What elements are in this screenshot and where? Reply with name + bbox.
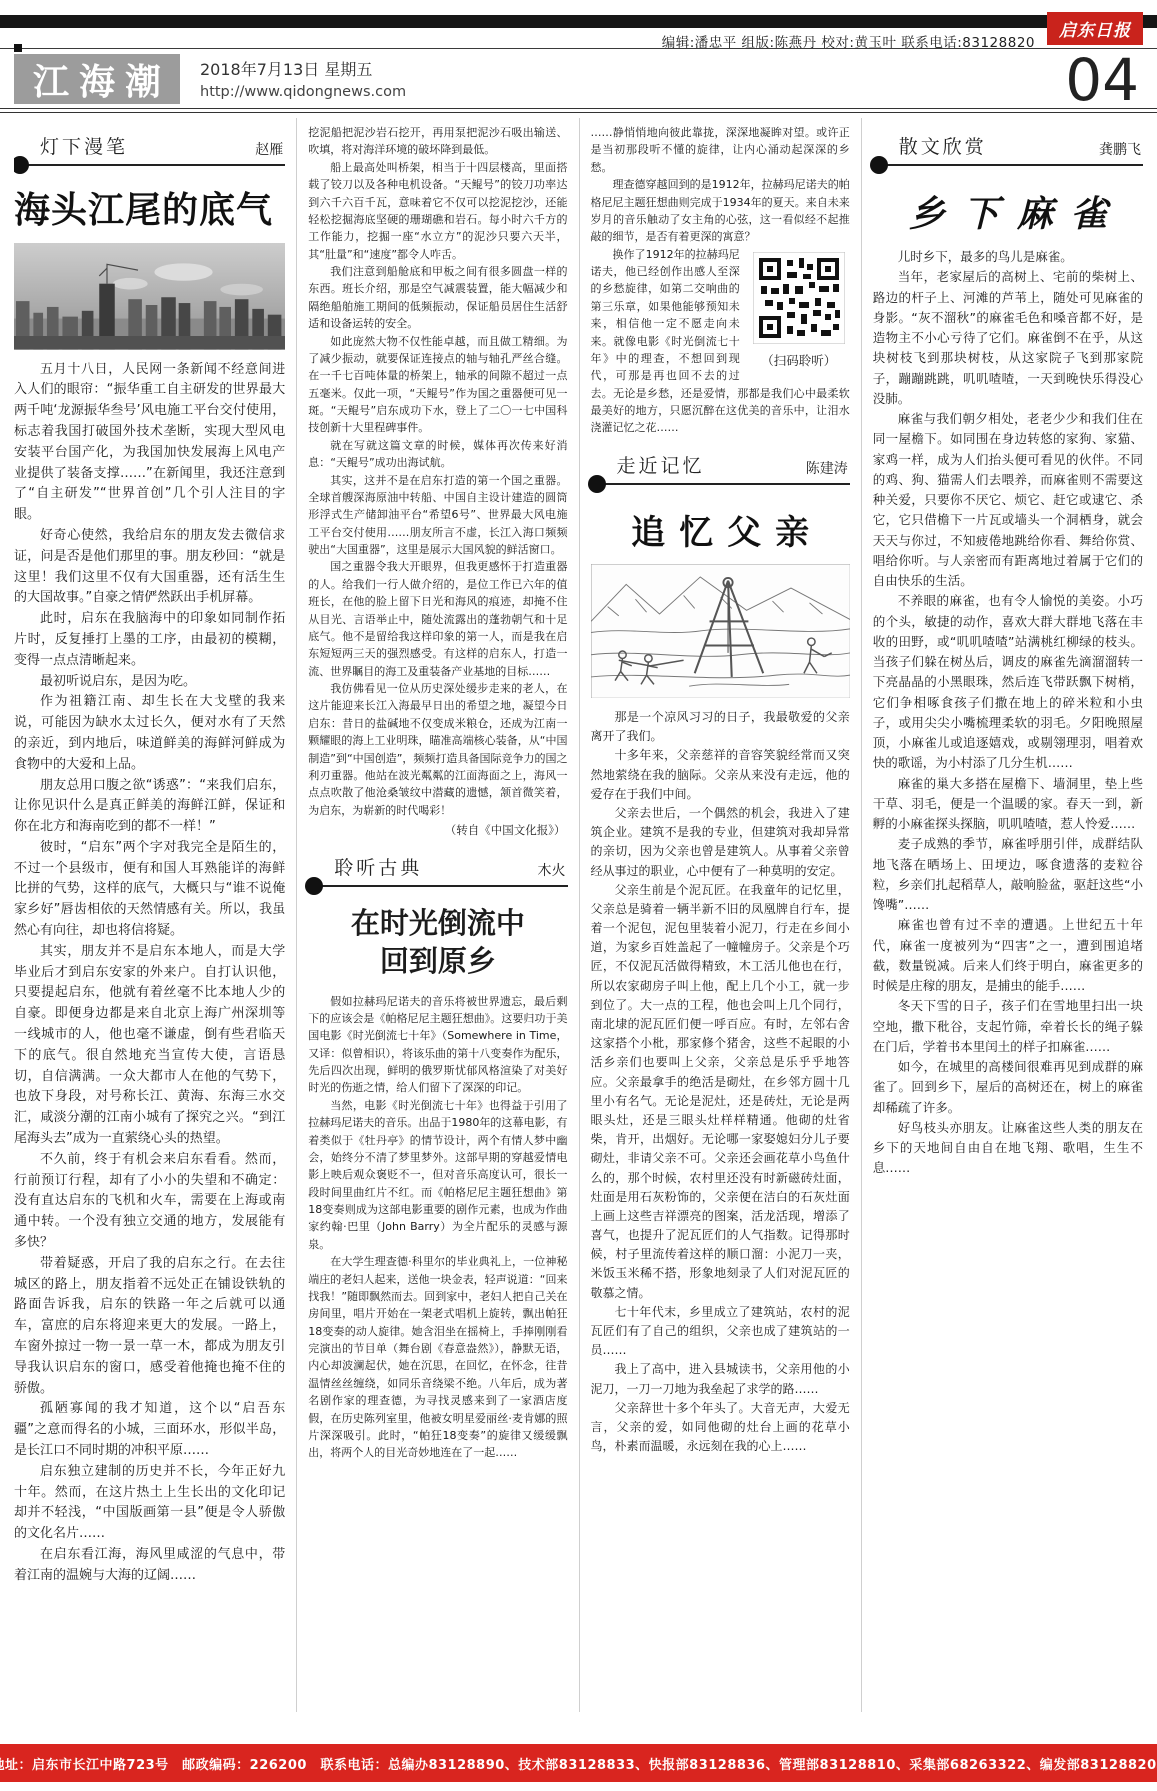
qr-caption: （扫码聆听） xyxy=(748,351,850,371)
paragraph: 国之重器令我大开眼界，但我更感怀于打造重器的人。给我们一行人做介绍的，是位工作已… xyxy=(308,558,567,680)
paragraph: 当然，电影《时光倒流七十年》也得益于引用了拉赫玛尼诺夫的音乐。出品于1980年的… xyxy=(308,1097,567,1253)
section-label: 走近记忆 xyxy=(617,451,705,478)
paragraph: 十多年来，父亲慈祥的音容笑貌经常而又突然地萦绕在我的脑际。父亲从来没有走远，他的… xyxy=(591,746,850,804)
section-dot-icon xyxy=(14,156,29,174)
section-head-lingting: 聆听古典 木火 xyxy=(308,853,567,887)
paragraph: 就在写就这篇文章的时候，媒体再次传来好消息：“天鲲号”成功出海试航。 xyxy=(308,437,567,472)
paragraph: 那是一个凉风习习的日子，我最敬爱的父亲离开了我们。 xyxy=(591,708,850,746)
article-body-essay: 儿时乡下，最多的鸟儿是麻雀。当年，老家屋后的高树上、宅前的柴树上、路边的杆子上、… xyxy=(873,247,1143,1179)
masthead-rule-1 xyxy=(0,108,1157,109)
section-head-dengxia: 灯下漫笔 赵雁 xyxy=(14,132,285,166)
paragraph: 朋友总用口腹之欲“诱惑”：“来我们启东，让你见识什么是真正鲜美的海鲜江鲜，保证和… xyxy=(14,776,285,838)
column-3: ……静悄悄地向彼此靠拢，深深地凝眸对望。或许正是当初那段听不懂的旋律，让内心涌动… xyxy=(579,118,861,1712)
paragraph: 父亲去世后，一个偶然的机会，我进入了建筑企业。建筑不是我的专业，但建筑对我却异常… xyxy=(591,804,850,881)
section-dot-icon xyxy=(305,877,323,895)
paragraph: 其实，朋友并不是启东本地人，而是大学毕业后才到启东安家的外来户。自打认识他，只要… xyxy=(14,942,285,1150)
footer-bar: 启东市新闻信息中心地址：启东市长江中路723号 邮政编码：226200 联系电话… xyxy=(0,1744,1157,1782)
paragraph: 麻雀的巢大多搭在屋檐下、墙洞里，垫上些干草、羽毛，便是一个温暖的家。春天一到，新… xyxy=(873,774,1143,835)
paragraph: 儿时乡下，最多的鸟儿是麻雀。 xyxy=(873,247,1143,267)
byline: 陈建涛 xyxy=(806,458,848,478)
title-line-2: 回到原乡 xyxy=(380,944,496,978)
paragraph: 在大学生理查德·科里尔的毕业典礼上，一位神秘端庄的老妇人起来，送他一块金表，轻声… xyxy=(308,1253,567,1462)
newspaper-page: 编辑:潘忠平 组版:陈燕丹 校对:黄玉叶 联系电话:83128820 启东日报 … xyxy=(0,0,1157,1791)
section-head-zoujin: 走近记忆 陈建涛 xyxy=(591,451,850,485)
section-dot-icon xyxy=(870,156,888,174)
date-block: 2018年7月13日 星期五 http://www.qidongnews.com xyxy=(200,58,406,104)
paragraph: 麻雀与我们朝夕相处，老老少少和我们住在同一屋檐下。如同围在身边转悠的家狗、家猫、… xyxy=(873,409,1143,591)
masthead-rule-2 xyxy=(0,112,1157,113)
qr-code-icon xyxy=(753,252,845,344)
attribution: （转自《中国文化报》） xyxy=(308,821,565,839)
paragraph: 此时，启东在我脑海中的印象如同制作拓片时，反复捶打上墨的工序，由最初的模糊，变得… xyxy=(14,609,285,671)
well-rig-illustration xyxy=(591,564,850,698)
article-body-main-col2: 挖泥船把泥沙岩石挖开，再用泵把泥沙石吸出输送、吹填，将对海洋环境的破坏降到最低。… xyxy=(308,124,567,819)
section-dot-icon xyxy=(588,475,606,493)
photo-graphic xyxy=(14,243,285,350)
website-url: http://www.qidongnews.com xyxy=(200,82,406,104)
paragraph: 在启东看江海，海风里咸涩的气息中，带着江南的温婉与大海的辽阔…… xyxy=(14,1545,285,1587)
paragraph: 父亲辞世十多个年头了。大音无声，大爱无言，父亲的爱，如同他砌的灶台上画的花草小鸟… xyxy=(591,1399,850,1457)
paragraph: 父亲生前是个泥瓦匠。在我童年的记忆里，父亲总是骑着一辆半新不旧的凤凰牌自行车，提… xyxy=(591,881,850,1303)
article-title-memory: 追忆父亲 xyxy=(591,505,850,554)
paragraph: 不养眼的麻雀，也有令人愉悦的美姿。小巧的个头，敏捷的动作，喜欢大群大群地飞落在丰… xyxy=(873,591,1143,773)
section-label: 聆听古典 xyxy=(334,853,422,880)
paragraph: 孤陋寡闻的我才知道，这个以“启吾东疆”之意而得名的小城，三面环水，形似半岛，是长… xyxy=(14,1399,285,1461)
paragraph: 七十年代末，乡里成立了建筑站，农村的泥瓦匠们有了自己的组织，父亲也成了建筑站的一… xyxy=(591,1303,850,1361)
paragraph: 冬天下雪的日子，孩子们在雪地里扫出一块空地，撒下秕谷，支起竹筛，牵着长长的绳子躲… xyxy=(873,996,1143,1057)
supplement-name: 江海潮 xyxy=(14,54,180,104)
paragraph: 船上最高处叫桥架，相当于十四层楼高，里面搭载了铰刀以及各种电机设备。“天鲲号”的… xyxy=(308,159,567,263)
paragraph: 挖泥船把泥沙岩石挖开，再用泵把泥沙石吸出输送、吹填，将对海洋环境的破坏降到最低。 xyxy=(308,124,567,159)
article-title-main: 海头江尾的底气 xyxy=(14,182,285,233)
column-1: 灯下漫笔 赵雁 海头江尾的底气 xyxy=(14,118,296,1712)
paragraph: 其实，这并不是在启东打造的第一个国之重器。全球首艘深海原油中转船、中国自主设计建… xyxy=(308,472,567,559)
paragraph: 五月十八日，人民网一条新闻不经意间进入人们的眼帘：“振华重工自主研发的世界最大两… xyxy=(14,360,285,526)
paragraph: ……静悄悄地向彼此靠拢，深深地凝眸对望。或许正是当初那段听不懂的旋律，让内心涌动… xyxy=(591,124,850,176)
article-body-classical-col3: ……静悄悄地向彼此靠拢，深深地凝眸对望。或许正是当初那段听不懂的旋律，让内心涌动… xyxy=(591,124,850,437)
byline: 赵雁 xyxy=(255,139,283,159)
paragraph: 作为祖籍江南、却生长在大戈壁的我来说，可能因为缺水太过长久，便对水有了天然的亲近… xyxy=(14,692,285,775)
paragraph: 麻雀也曾有过不幸的遭遇。上世纪五十年代，麻雀一度被列为“四害”之一，遭到围追堵截… xyxy=(873,915,1143,996)
paragraph: 好鸟枝头亦朋友。让麻雀这些人类的朋友在乡下的天地间自由自在地飞翔、歌唱，生生不息… xyxy=(873,1118,1143,1179)
byline: 龚鹏飞 xyxy=(1099,139,1141,159)
paragraph: 如此庞然大物不仅性能卓越，而且做工精细。为了减少振动，就要保证连接点的轴与轴孔严… xyxy=(308,333,567,437)
paragraph: 麦子成熟的季节，麻雀呼朋引伴，成群结队地飞落在晒场上、田埂边，啄食遗落的麦粒谷粒… xyxy=(873,834,1143,915)
paragraph: 理查德穿越回到的是1912年，拉赫玛尼诺夫的帕格尼尼主题狂想曲则完成于1934年… xyxy=(591,176,850,246)
article-body-classical-col2: 假如拉赫玛尼诺夫的音乐将被世界遗忘，最后剩下的应该会是《帕格尼尼主题狂想曲》。这… xyxy=(308,993,567,1462)
top-black-bar xyxy=(0,15,1157,28)
article-title-essay: 乡下麻雀 xyxy=(873,186,1143,237)
column-4: 散文欣赏 龚鹏飞 乡下麻雀 儿时乡下，最多的鸟儿是麻雀。当年，老家屋后的高树上、… xyxy=(861,118,1143,1712)
footer-text: 启东市新闻信息中心地址：启东市长江中路723号 邮政编码：226200 联系电话… xyxy=(0,1754,1157,1773)
paragraph: 假如拉赫玛尼诺夫的音乐将被世界遗忘，最后剩下的应该会是《帕格尼尼主题狂想曲》。这… xyxy=(308,993,567,1097)
paragraph: 彼时，“启东”两个字对我完全是陌生的，不过一个县级市，便有和国人耳熟能详的海鲜比… xyxy=(14,838,285,942)
qr-code-block: （扫码聆听） xyxy=(748,252,850,371)
paragraph: 启东独立建制的历史并不长，今年正好九十年。然而，在这片热土上生长出的文化印记却并… xyxy=(14,1462,285,1545)
section-head-sanwen: 散文欣赏 龚鹏飞 xyxy=(873,132,1143,166)
paragraph: 最初听说启东，是因为吃。 xyxy=(14,672,285,693)
paragraph: 带着疑惑，开启了我的启东之行。在去往城区的路上，朋友指着不远处正在铺设铁轨的路面… xyxy=(14,1254,285,1400)
title-line-1: 在时光倒流中 xyxy=(351,906,525,940)
paragraph: 好奇心使然，我给启东的朋友发去微信求证，问是否是他们那里的事。朋友秒回：“就是这… xyxy=(14,526,285,609)
rule-square-marker xyxy=(14,44,22,52)
paragraph: 我仿佛看见一位从历史深处缓步走来的老人，在这片能迎来长江入海最早日出的希望之地，… xyxy=(308,680,567,819)
column-2: 挖泥船把泥沙岩石挖开，再用泵把泥沙石吸出输送、吹填，将对海洋环境的破坏降到最低。… xyxy=(296,118,578,1712)
illustration-graphic xyxy=(591,564,850,698)
article-title-classical: 在时光倒流中 回到原乡 xyxy=(308,905,567,980)
newspaper-logo: 启东日报 xyxy=(1047,12,1143,45)
city-skyline-photo xyxy=(14,243,285,350)
article-body-main-col1: 五月十八日，人民网一条新闻不经意间进入人们的眼帘：“振华重工自主研发的世界最大两… xyxy=(14,360,285,1587)
section-label: 灯下漫笔 xyxy=(40,132,128,159)
paragraph: 如今，在城里的高楼间很难再见到成群的麻雀了。回到乡下，屋后的高树还在，树上的麻雀… xyxy=(873,1057,1143,1118)
paragraph: 不久前，终于有机会来启东看看。然而，行前预订行程，却有了小小的失望和不确定：没有… xyxy=(14,1150,285,1254)
paragraph: 当年，老家屋后的高树上、宅前的柴树上、路边的杆子上、河滩的芦苇上，随处可见麻雀的… xyxy=(873,267,1143,409)
page-number: 04 xyxy=(1065,46,1139,114)
content-area: 灯下漫笔 赵雁 海头江尾的底气 xyxy=(14,118,1143,1712)
article-body-memory: 那是一个凉风习习的日子，我最敬爱的父亲离开了我们。十多年来，父亲慈祥的音容笑貌经… xyxy=(591,708,850,1456)
paragraph: 我们注意到船舱底和甲板之间有很多圆盘一样的东西。班长介绍，那是空气减震装置，能大… xyxy=(308,263,567,333)
section-label: 散文欣赏 xyxy=(899,132,987,159)
paragraph: 我上了高中，进入县城读书，父亲用他的小泥刀，一刀一刀地为我垒起了求学的路…… xyxy=(591,1360,850,1398)
byline: 木火 xyxy=(538,860,566,880)
date-line: 2018年7月13日 星期五 xyxy=(200,58,406,82)
header-rule xyxy=(0,48,1157,49)
